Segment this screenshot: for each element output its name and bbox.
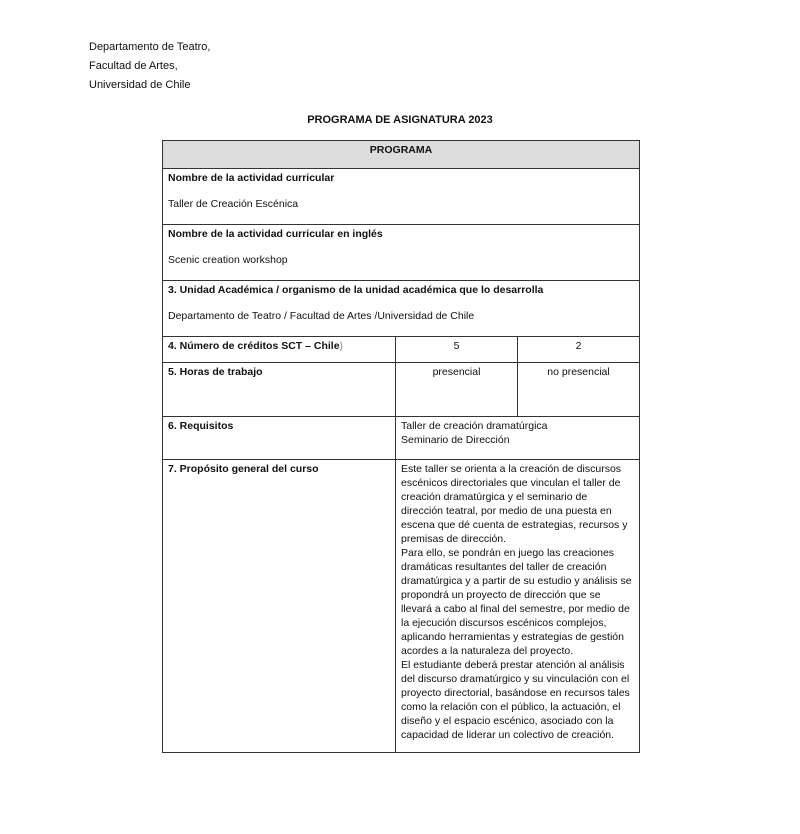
hours-presencial: presencial [396, 363, 518, 417]
requirements-value: Taller de creación dramatúrgica Seminari… [396, 417, 640, 460]
purpose-line: Este taller se orienta a la creación de … [401, 462, 634, 476]
requirement-item: Taller de creación dramatúrgica [401, 419, 634, 433]
activity-name-en-label: Nombre de la actividad curricular en ing… [168, 227, 634, 241]
program-table: PROGRAMA Nombre de la actividad curricul… [162, 140, 640, 753]
institution-header: Departamento de Teatro, Facultad de Arte… [89, 38, 210, 95]
purpose-line: dramatúrgica y a partir de su estudio y … [401, 574, 634, 588]
purpose-line: premisas de dirección. [401, 532, 634, 546]
purpose-line: creación dramatúrgica y el seminario de [401, 490, 634, 504]
academic-unit-cell: 3. Unidad Académica / organismo de la un… [163, 281, 640, 337]
document-title: PROGRAMA DE ASIGNATURA 2023 [0, 114, 800, 126]
purpose-line: diseño y el espacio escénico, asociado c… [401, 714, 634, 728]
activity-name-en-cell: Nombre de la actividad curricular en ing… [163, 225, 640, 281]
purpose-line: escena que dé cuenta de estrategias, rec… [401, 518, 634, 532]
requirements-label: 6. Requisitos [163, 417, 396, 460]
purpose-line: proyecto directorial, basándose en recur… [401, 686, 634, 700]
header-line: Departamento de Teatro, [89, 38, 210, 57]
header-line: Universidad de Chile [89, 76, 210, 95]
purpose-line: capacidad de liderar un colectivo de cre… [401, 728, 634, 742]
activity-name-value: Taller de Creación Escénica [168, 197, 634, 211]
purpose-line: aplicando herramientas y estrategias de … [401, 630, 634, 644]
header-line: Facultad de Artes, [89, 57, 210, 76]
purpose-line: acordes a la naturaleza del proyecto. [401, 644, 634, 658]
purpose-line: Para ello, se pondrán en juego las creac… [401, 546, 634, 560]
purpose-label: 7. Propósito general del curso [163, 460, 396, 753]
table-heading: PROGRAMA [163, 141, 640, 169]
credits-suffix: ) [340, 340, 344, 352]
purpose-line: llevará a cabo al final del semestre, po… [401, 602, 634, 616]
credits-value-a: 5 [396, 337, 518, 363]
academic-unit-value: Departamento de Teatro / Facultad de Art… [168, 309, 634, 323]
purpose-line: dramáticas resultantes del taller de cre… [401, 560, 634, 574]
purpose-line: escénicos directoriales que vinculan el … [401, 476, 634, 490]
credits-value-b: 2 [518, 337, 640, 363]
hours-label: 5. Horas de trabajo [163, 363, 396, 417]
activity-name-cell: Nombre de la actividad curricular Taller… [163, 169, 640, 225]
credits-label: 4. Número de créditos SCT – Chile [168, 340, 340, 352]
purpose-line: propondrá un proyecto de dirección que s… [401, 588, 634, 602]
academic-unit-label: 3. Unidad Académica / organismo de la un… [168, 283, 634, 297]
purpose-line: El estudiante deberá prestar atención al… [401, 658, 634, 672]
activity-name-en-value: Scenic creation workshop [168, 253, 634, 267]
requirement-item: Seminario de Dirección [401, 433, 634, 447]
credits-label-cell: 4. Número de créditos SCT – Chile) [163, 337, 396, 363]
purpose-line: dirección teatral, por medio de una pues… [401, 504, 634, 518]
purpose-line: la ejecución discursos escénicos complej… [401, 616, 634, 630]
hours-no-presencial: no presencial [518, 363, 640, 417]
purpose-value: Este taller se orienta a la creación de … [396, 460, 640, 753]
activity-name-label: Nombre de la actividad curricular [168, 171, 634, 185]
purpose-line: como la relación con el público, la actu… [401, 700, 634, 714]
purpose-line: del discurso dramatúrgico y su vinculaci… [401, 672, 634, 686]
